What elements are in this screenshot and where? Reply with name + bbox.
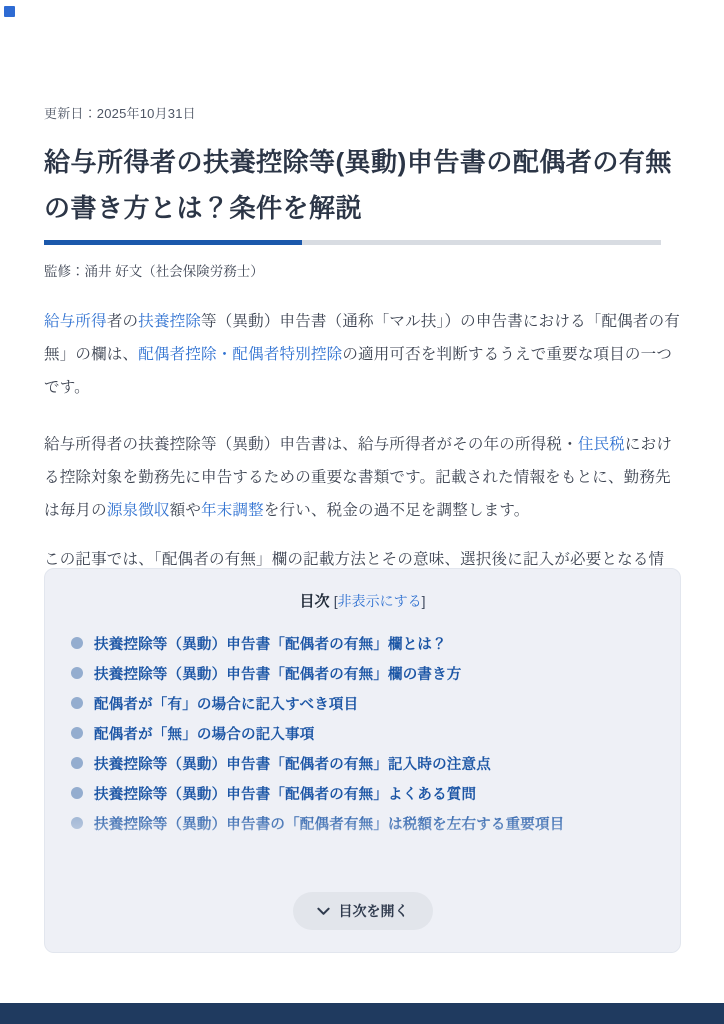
table-of-contents: 目次 [非表示にする] 扶養控除等（異動）申告書「配偶者の有無」欄とは？扶養控除… — [44, 568, 681, 953]
toc-open-button-label: 目次を開く — [339, 901, 409, 921]
intro-paragraph-1: 給与所得者の扶養控除等（異動）申告書（通称「マル扶」）の申告書における「配偶者の… — [44, 305, 684, 404]
toc-link[interactable]: 扶養控除等（異動）申告書の「配偶者有無」は税額を左右する重要項目 — [94, 813, 564, 834]
toc-hide-toggle[interactable]: [非表示にする] — [334, 593, 426, 609]
bullet-icon — [71, 787, 83, 799]
text-run: 給与所得者の扶養控除等（異動）申告書は、給与所得者がその年の所得税・ — [44, 436, 578, 453]
toc-item[interactable]: 扶養控除等（異動）申告書の「配偶者有無」は税額を左右する重要項目 — [71, 808, 680, 838]
toc-header: 目次 [非表示にする] — [45, 590, 680, 611]
bottom-footer-bar — [0, 1003, 724, 1024]
toc-link[interactable]: 扶養控除等（異動）申告書「配偶者の有無」記入時の注意点 — [94, 753, 491, 774]
bullet-icon — [71, 637, 83, 649]
toc-open-button[interactable]: 目次を開く — [293, 892, 433, 930]
inline-link[interactable]: 年末調整 — [201, 502, 264, 519]
bullet-icon — [71, 727, 83, 739]
article-page: { "meta": { "updated": "更新日：2025年10月31日"… — [0, 0, 724, 1024]
toc-item[interactable]: 配偶者が「有」の場合に記入すべき項目 — [71, 688, 680, 718]
inline-link[interactable]: 扶養控除 — [138, 313, 201, 330]
toc-item[interactable]: 扶養控除等（異動）申告書「配偶者の有無」欄とは？ — [71, 628, 680, 658]
toc-link[interactable]: 扶養控除等（異動）申告書「配偶者の有無」欄の書き方 — [94, 663, 462, 684]
bullet-icon — [71, 667, 83, 679]
toc-link[interactable]: 配偶者が「有」の場合に記入すべき項目 — [94, 693, 358, 714]
updated-date: 更新日：2025年10月31日 — [44, 103, 684, 122]
toc-item[interactable]: 配偶者が「無」の場合の記入事項 — [71, 718, 680, 748]
toc-item[interactable]: 扶養控除等（異動）申告書「配偶者の有無」欄の書き方 — [71, 658, 680, 688]
toc-toggle-label: 非表示にする — [338, 593, 422, 609]
inline-link[interactable]: 住民税 — [578, 436, 625, 453]
inline-link[interactable]: 配偶者控除・配偶者特別控除 — [138, 346, 342, 363]
text-run: を行い、税金の過不足を調整します。 — [264, 502, 530, 519]
text-run: 額や — [170, 502, 201, 519]
text-run: 者の — [107, 313, 138, 330]
title-divider-track — [302, 240, 661, 245]
bullet-icon — [71, 757, 83, 769]
toc-title: 目次 — [300, 593, 330, 610]
toc-link[interactable]: 扶養控除等（異動）申告書「配偶者の有無」よくある質問 — [94, 783, 476, 804]
toc-item[interactable]: 扶養控除等（異動）申告書「配偶者の有無」よくある質問 — [71, 778, 680, 808]
title-divider-accent — [44, 240, 302, 245]
inline-link[interactable]: 源泉徴収 — [107, 502, 170, 519]
page-title: 給与所得者の扶養控除等(異動)申告書の配偶者の有無の書き方とは？条件を解説 — [44, 139, 684, 231]
chevron-down-icon — [317, 907, 330, 916]
supervisor-credit: 監修：涌井 好文（社会保険労務士） — [44, 260, 684, 280]
top-left-blue-marker — [4, 6, 15, 17]
toc-link[interactable]: 扶養控除等（異動）申告書「配偶者の有無」欄とは？ — [94, 633, 447, 654]
bullet-icon — [71, 697, 83, 709]
toc-toggle-bracket-close: ] — [422, 593, 426, 609]
bullet-icon — [71, 817, 83, 829]
article-content: 更新日：2025年10月31日 給与所得者の扶養控除等(異動)申告書の配偶者の有… — [44, 0, 684, 609]
toc-item[interactable]: 扶養控除等（異動）申告書「配偶者の有無」記入時の注意点 — [71, 748, 680, 778]
toc-link[interactable]: 配偶者が「無」の場合の記入事項 — [94, 723, 315, 744]
inline-link[interactable]: 給与所得 — [44, 313, 107, 330]
toc-list: 扶養控除等（異動）申告書「配偶者の有無」欄とは？扶養控除等（異動）申告書「配偶者… — [45, 628, 680, 838]
intro-paragraph-2: 給与所得者の扶養控除等（異動）申告書は、給与所得者がその年の所得税・住民税におけ… — [44, 428, 684, 527]
title-divider — [44, 240, 661, 245]
